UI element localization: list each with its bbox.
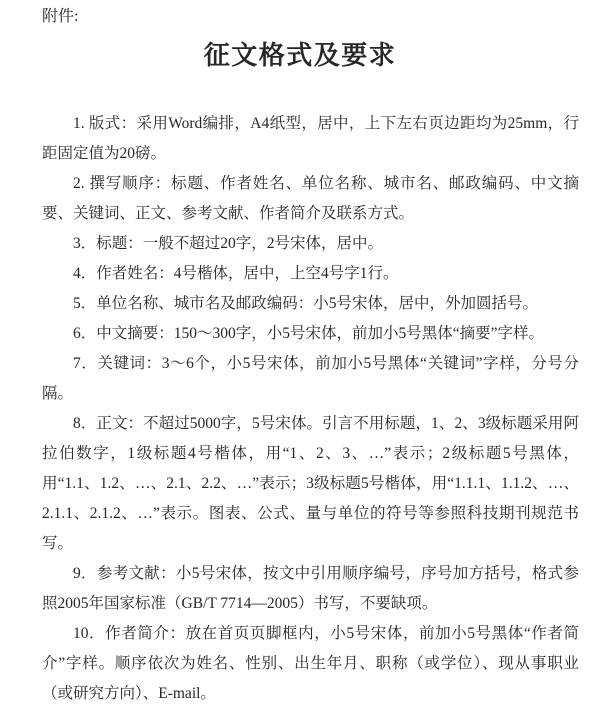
requirement-item-2: 2. 撰写顺序：标题、作者姓名、单位名称、城市名、邮政编码、中文摘要、关键词、正… <box>42 169 579 229</box>
document-page: 附件: 征文格式及要求 1. 版式：采用Word编排，A4纸型，居中，上下左右页… <box>0 0 600 723</box>
requirement-item-8: 8．正文：不超过5000字，5号宋体。引言不用标题，1、2、3级标题采用阿拉伯数… <box>42 409 579 559</box>
requirement-item-7: 7．关键词：3～6个，小5号宋体，前加小5号黑体“关键词”字样，分号分隔。 <box>42 349 579 409</box>
requirement-item-3: 3．标题：一般不超过20字，2号宋体，居中。 <box>42 229 579 259</box>
requirement-item-1: 1. 版式：采用Word编排，A4纸型，居中，上下左右页边距均为25mm，行距固… <box>42 109 579 169</box>
requirement-item-10: 10．作者简介：放在首页页脚框内，小5号宋体，前加小5号黑体“作者简介”字样。顺… <box>42 619 579 709</box>
requirement-item-9: 9．参考文献：小5号宋体，按文中引用顺序编号，序号加方括号，格式参照2005年国… <box>42 559 579 619</box>
document-title: 征文格式及要求 <box>0 40 600 72</box>
requirement-item-4: 4．作者姓名：4号楷体，居中，上空4号字1行。 <box>42 259 579 289</box>
requirement-item-6: 6．中文摘要：150～300字，小5号宋体，前加小5号黑体“摘要”字样。 <box>42 319 579 349</box>
document-body: 1. 版式：采用Word编排，A4纸型，居中，上下左右页边距均为25mm，行距固… <box>42 109 579 709</box>
attachment-label: 附件: <box>42 6 78 28</box>
requirement-item-5: 5．单位名称、城市名及邮政编码：小5号宋体，居中，外加圆括号。 <box>42 289 579 319</box>
